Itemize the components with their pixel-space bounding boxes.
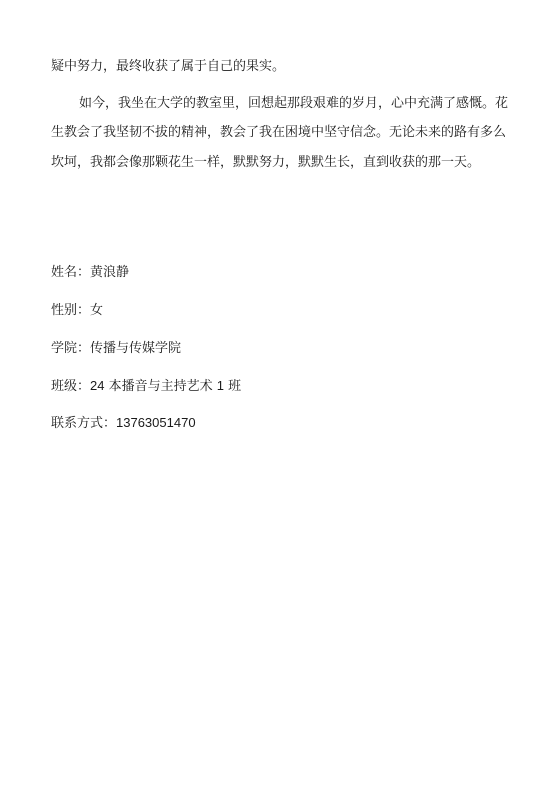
author-contact-label: 联系方式： <box>51 416 116 431</box>
author-class-label: 班级： <box>51 379 90 394</box>
author-gender-row: 性别：女 <box>51 302 103 320</box>
author-class-suffix: 班 <box>224 379 241 394</box>
author-name-row: 姓名：黄浪静 <box>51 264 129 282</box>
author-name-value: 黄浪静 <box>90 265 129 280</box>
author-class-major: 本播音与主持艺术 <box>104 379 216 394</box>
author-class-row: 班级：24 本播音与主持艺术 1 班 <box>51 377 241 395</box>
author-contact-row: 联系方式：13763051470 <box>51 414 196 432</box>
paragraph-1-line-1: 疑中努力，最终收获了属于自己的果实。 <box>51 58 285 76</box>
author-contact-value: 13763051470 <box>116 415 196 430</box>
author-name-label: 姓名： <box>51 265 90 280</box>
paragraph-2-line-3: 坎坷，我都会像那颗花生一样，默默努力，默默生长，直到收获的那一天。 <box>51 154 480 172</box>
author-class-number: 1 <box>217 378 224 393</box>
author-college-row: 学院：传播与传媒学院 <box>51 340 181 358</box>
paragraph-2-line-1: 如今，我坐在大学的教室里，回想起那段艰难的岁月，心中充满了感慨。花 <box>79 95 508 113</box>
author-college-label: 学院： <box>51 341 90 356</box>
author-gender-value: 女 <box>90 303 103 318</box>
author-class-year: 24 <box>90 378 104 393</box>
author-college-value: 传播与传媒学院 <box>90 341 181 356</box>
paragraph-2-line-2: 生教会了我坚韧不拔的精神，教会了我在困境中坚守信念。无论未来的路有多么 <box>51 124 506 142</box>
document-page: 疑中努力，最终收获了属于自己的果实。 如今，我坐在大学的教室里，回想起那段艰难的… <box>0 0 554 790</box>
author-gender-label: 性别： <box>51 303 90 318</box>
